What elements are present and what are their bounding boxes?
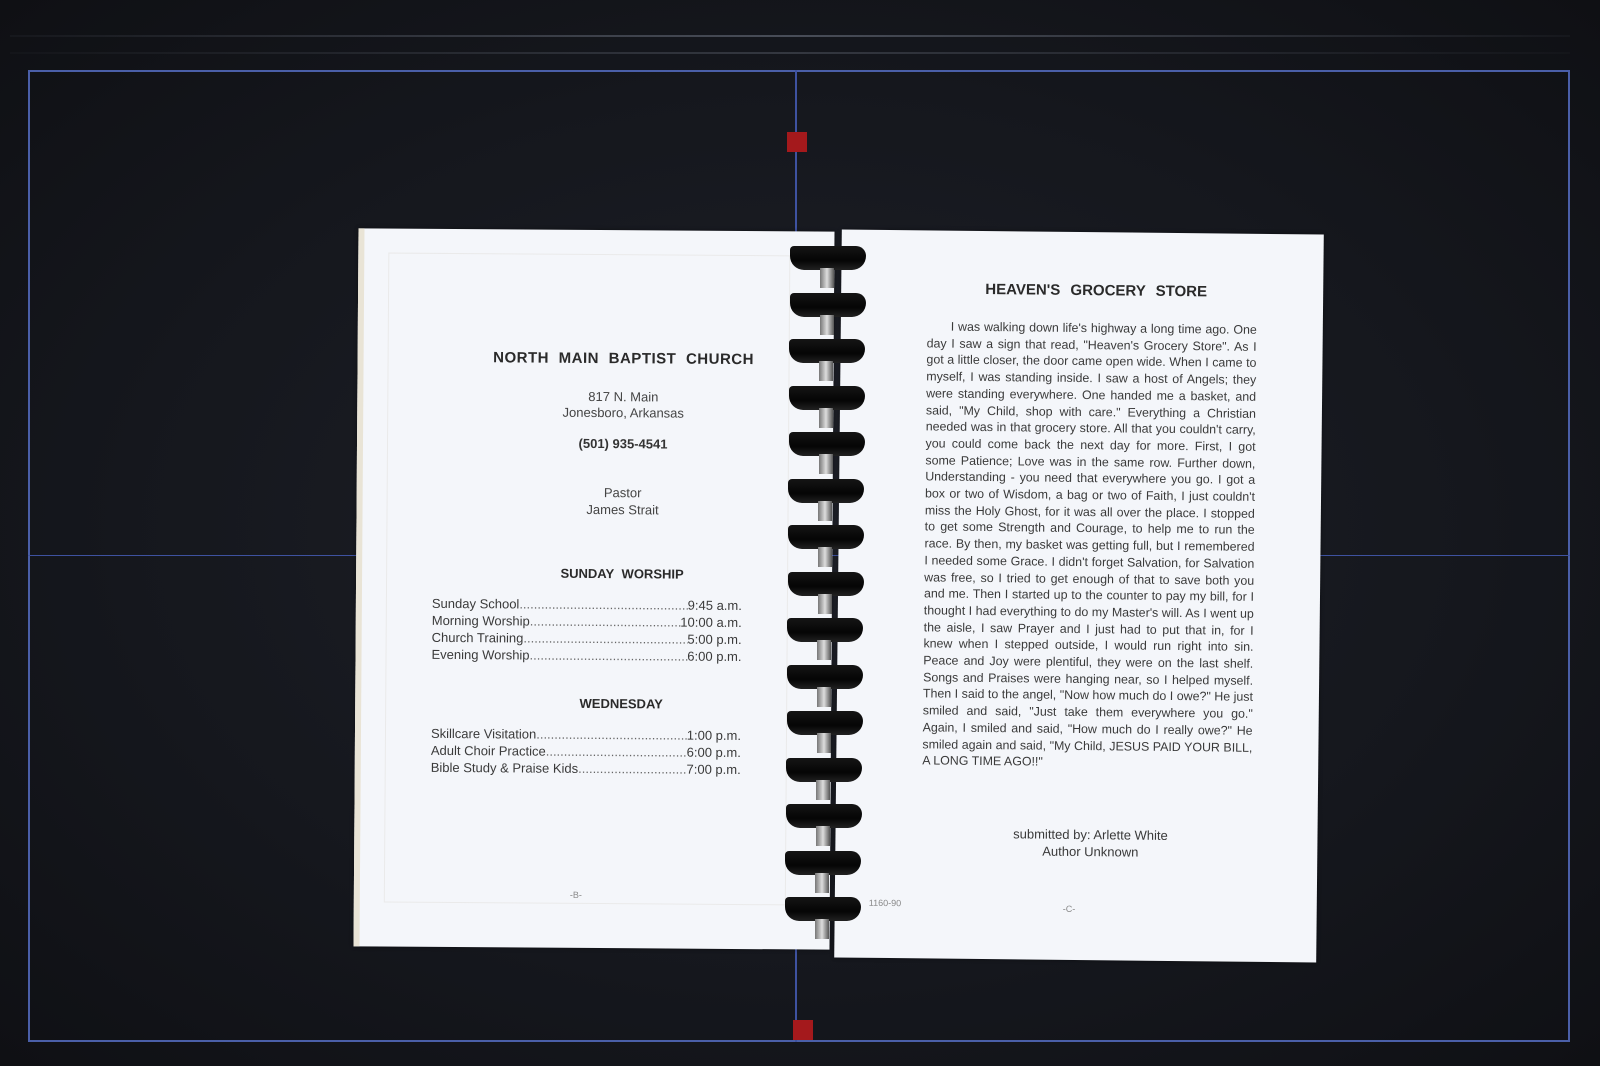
binding-coil xyxy=(787,618,863,646)
leader-dots xyxy=(546,743,687,761)
bottom-registration-marker xyxy=(793,1020,813,1040)
binding-coil xyxy=(788,572,864,600)
schedule-label: Sunday School xyxy=(432,595,520,613)
schedule-time: 5:00 p.m. xyxy=(687,631,741,648)
schedule-time: 9:45 a.m. xyxy=(688,597,742,614)
schedule-label: Skillcare Visitation xyxy=(431,725,536,743)
scanner-streak xyxy=(10,35,1570,37)
schedule-row: Adult Choir Practice6:00 p.m. xyxy=(431,742,741,761)
scanner-streak xyxy=(10,52,1570,54)
leader-dots xyxy=(530,613,681,631)
credit-author: Author Unknown xyxy=(955,842,1225,862)
binding-coil xyxy=(785,897,861,925)
binding-coil xyxy=(789,339,865,367)
sunday-schedule: Sunday School 9:45 a.m. Morning Worship1… xyxy=(431,595,741,665)
church-name: NORTH MAIN BAPTIST CHURCH xyxy=(424,349,824,369)
phone-number: (501) 935-4541 xyxy=(423,435,823,453)
leader-dots xyxy=(530,647,688,665)
binding-coil xyxy=(788,525,864,553)
pastor-name: James Strait xyxy=(422,500,822,520)
address-line2: Jonesboro, Arkansas xyxy=(423,403,823,423)
page-number-right: -C- xyxy=(1063,904,1076,914)
left-page: NORTH MAIN BAPTIST CHURCH 817 N. Main Jo… xyxy=(353,228,834,949)
binding-coil xyxy=(785,851,861,879)
schedule-label: Church Training xyxy=(432,629,524,647)
binding-coil xyxy=(786,804,862,832)
binding-coil xyxy=(789,386,865,414)
binding-coil xyxy=(787,665,863,693)
right-page: HEAVEN'S GROCERY STORE I was walking dow… xyxy=(834,229,1324,962)
story-body: I was walking down life's highway a long… xyxy=(922,318,1257,772)
schedule-label: Morning Worship xyxy=(432,612,530,630)
schedule-time: 1:00 p.m. xyxy=(687,727,741,744)
schedule-label: Adult Choir Practice xyxy=(431,742,546,760)
binding-coil xyxy=(787,711,863,739)
page-number-left: -B- xyxy=(570,890,582,900)
leader-dots xyxy=(536,726,687,744)
leader-dots xyxy=(578,760,687,778)
print-code: 1160-90 xyxy=(869,898,901,908)
leader-dots xyxy=(519,595,687,613)
binding-coil xyxy=(786,758,862,786)
binding-coil xyxy=(790,246,866,274)
binding-coil xyxy=(790,293,866,321)
schedule-row: Sunday School 9:45 a.m. xyxy=(432,595,742,614)
spiral-binding xyxy=(790,236,870,946)
schedule-label: Evening Worship xyxy=(431,646,529,664)
schedule-row: Morning Worship10:00 a.m. xyxy=(432,612,742,631)
sunday-heading: SUNDAY WORSHIP xyxy=(422,565,822,583)
story-title: HEAVEN'S GROCERY STORE xyxy=(961,281,1231,301)
binding-coil xyxy=(788,479,864,507)
schedule-label: Bible Study & Praise Kids xyxy=(431,759,579,777)
wednesday-schedule: Skillcare Visitation1:00 p.m. Adult Choi… xyxy=(431,725,741,778)
schedule-row: Evening Worship6:00 p.m. xyxy=(431,646,741,665)
wednesday-heading: WEDNESDAY xyxy=(421,695,821,713)
schedule-row: Skillcare Visitation1:00 p.m. xyxy=(431,725,741,744)
schedule-time: 10:00 a.m. xyxy=(680,614,742,631)
schedule-time: 6:00 p.m. xyxy=(687,744,741,761)
schedule-row: Church Training 5:00 p.m. xyxy=(432,629,742,648)
leader-dots xyxy=(523,630,687,648)
schedule-time: 6:00 p.m. xyxy=(687,648,741,665)
schedule-time: 7:00 p.m. xyxy=(686,761,740,778)
binding-coil xyxy=(789,432,865,460)
schedule-row: Bible Study & Praise Kids 7:00 p.m. xyxy=(431,759,741,778)
top-registration-marker xyxy=(787,132,807,152)
